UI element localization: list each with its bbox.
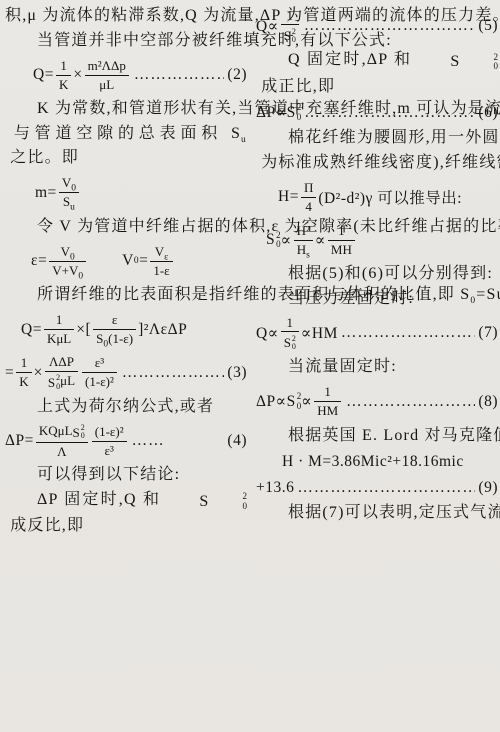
symbol-sub: 0: [81, 432, 85, 440]
subscript: u: [241, 135, 247, 145]
text-run: Π: [304, 180, 313, 195]
text-run: +13.6: [256, 479, 294, 497]
fraction-denominator: ε³: [92, 442, 127, 459]
text-run: 1: [21, 355, 28, 370]
fraction-numerator: H²: [294, 223, 313, 241]
symbol-sup-sub: S20: [73, 424, 85, 441]
text-run: 1: [324, 384, 331, 399]
text-run: (3): [227, 364, 247, 382]
text-run: ×[: [76, 321, 91, 339]
symbol-base: S: [266, 231, 275, 249]
text-run: =: [139, 252, 148, 270]
fraction-numerator: 1: [44, 312, 74, 330]
paragraph: 积,μ 为流体的粘滞系数,Q 为流量,ΔP 为管道两端的流体的压力差。: [5, 4, 247, 29]
column-left: 积,μ 为流体的粘滞系数,Q 为流量,ΔP 为管道两端的流体的压力差。当管道并非…: [5, 4, 247, 732]
text-run: ε=: [31, 252, 47, 270]
fraction-numerator: KQμLS20: [36, 423, 88, 443]
paragraph: 根据英国 E. Lord 对马克隆值物理意义的研究,认为纤维团对气流的阻力实际上…: [256, 424, 498, 449]
fraction: 1S20: [281, 315, 299, 352]
text-run: 成正比,即: [256, 78, 335, 95]
text-run: K: [19, 374, 28, 389]
text-run: 与管道空隙的总表面积 S: [5, 125, 241, 142]
dot-leader: ………………: [134, 66, 225, 84]
paragraph: ΔP 固定时,Q 和 S20 成反比,即: [5, 488, 247, 539]
text-run: 1: [338, 223, 345, 238]
text-run: 根据(7)可以表明,定压式气流仪,通过纤维塞的流量和棉纤维的: [288, 504, 500, 521]
symbol-base: S: [287, 104, 296, 122]
fraction: ΛΔPS20μL: [45, 354, 78, 391]
fraction: m²ΛΔpμL: [85, 58, 129, 92]
text-run: ]²ΛεΔP: [138, 321, 187, 339]
symbol-base: S: [73, 425, 80, 441]
fraction-denominator: S20: [281, 25, 299, 44]
text-run: V: [155, 244, 164, 259]
formula: ΔP=KQμLS20Λ(1-ε)²ε³……(4): [5, 420, 247, 462]
document-page: 积,μ 为流体的粘滞系数,Q 为流量,ΔP 为管道两端的流体的压力差。当管道并非…: [0, 0, 500, 732]
symbol-sup: 2: [211, 492, 248, 501]
fraction: εS0(1-ε): [93, 312, 136, 346]
symbol-base: S: [287, 393, 296, 411]
formula: H=Π4(D²-d²)γ 可以推导出:: [256, 176, 498, 218]
fraction-denominator: K: [56, 76, 71, 93]
fraction-numerator: ΛΔP: [45, 354, 78, 372]
symbol-sup-sub: S20: [284, 335, 296, 352]
fraction-denominator: 1-ε: [150, 262, 172, 279]
fraction-numerator: (1-ε)²: [92, 424, 127, 442]
symbol-sup: 2: [462, 53, 499, 62]
paragraph: 棉花纤维为腰圆形,用一外圆周长与棉纤维周长相等的中空圆来等效,根据成熟度比的定义…: [256, 126, 498, 175]
subscript: ε: [164, 253, 168, 263]
dot-leader: ………………………………………: [297, 479, 475, 497]
symbol-stack: 20: [292, 335, 296, 352]
text-run: ×: [34, 364, 43, 382]
text-run: m²ΛΔp: [88, 58, 126, 73]
text-run: H²: [297, 223, 310, 238]
fraction: V0V+V0: [49, 244, 86, 278]
symbol-sup-sub: S20: [287, 392, 302, 411]
text-run: K: [59, 77, 68, 92]
paragraph: 当流量固定时:: [256, 355, 498, 380]
text-run: μL: [60, 373, 75, 388]
text-run: (D²-d²)γ 可以推导出:: [318, 186, 462, 208]
formula: +13.6………………………………………(9): [256, 475, 498, 500]
symbol-sup-sub: S20: [48, 374, 60, 391]
dot-leader: ……: [132, 432, 225, 450]
fraction-numerator: 1: [281, 8, 299, 26]
text-run: (5): [478, 17, 498, 35]
text-run: μL: [99, 77, 114, 92]
symbol-sub: 0: [292, 343, 296, 351]
fraction: 1S20: [281, 8, 299, 45]
text-run: ∝: [301, 392, 312, 411]
text-run: =: [5, 364, 14, 382]
symbol-stack: 20: [81, 424, 85, 441]
text-run: 成反比,即: [5, 517, 84, 534]
symbol-base: S: [418, 50, 460, 75]
formula: =1K×ΛΔPS20μLε³(1-ε)²……………………(3): [5, 352, 247, 394]
text-run: ΔP∝: [256, 103, 287, 122]
fraction: KQμLS20Λ: [36, 423, 88, 460]
fraction-denominator: HM: [314, 402, 341, 419]
paragraph: 令 V 为管道中纤维占据的体积,ε 为空隙率(未比纤维占据的比率),则: [5, 215, 247, 240]
fraction-denominator: S20: [281, 332, 299, 351]
text-run: 当压力差固定时:: [288, 290, 414, 307]
fraction-numerator: 1: [281, 315, 299, 333]
text-run: 1: [287, 315, 294, 330]
formula: Q∝1S20∝HM………………………(7): [256, 312, 498, 354]
text-run: 根据英国 E. Lord 对马克隆值物理意义的研究,认为纤维团对气流的阻力实际上…: [288, 427, 500, 444]
fraction-denominator: Su: [59, 193, 79, 210]
text-run: (1-ε)²: [95, 424, 124, 439]
symbol-base: S: [48, 375, 55, 391]
text-run: ΛΔP: [49, 354, 74, 369]
paragraph: 根据(5)和(6)可以分别得到:: [256, 262, 498, 287]
fraction-denominator: S0(1-ε): [93, 330, 136, 347]
text-run: V: [122, 252, 134, 270]
symbol-sub: 0: [462, 62, 499, 71]
fraction-denominator: KμL: [44, 330, 74, 347]
symbol-sup-sub: S20: [266, 231, 281, 250]
fraction-numerator: 1: [16, 355, 31, 373]
text-run: Q∝: [256, 324, 279, 343]
text-run: ∝HM: [301, 324, 338, 343]
symbol-stack: 20: [211, 492, 248, 511]
fraction: (1-ε)²ε³: [92, 424, 127, 458]
text-run: 上式为荷尔纳公式,或者: [37, 398, 214, 415]
fraction: 1K: [16, 355, 31, 389]
fraction-numerator: Vε: [150, 244, 172, 262]
fraction-numerator: 1: [56, 58, 71, 76]
text-run: KμL: [47, 331, 71, 346]
formula: Q=1K×m²ΛΔpμL………………(2): [5, 54, 247, 96]
text-run: (6): [478, 104, 498, 122]
symbol-sup-sub: S20: [284, 28, 296, 45]
paragraph: K 为常数,和管道形状有关,当管道中充塞纤维时,m 可认为是流体通过的管道空隙部…: [5, 97, 247, 171]
paragraph: 可以得到以下结论:: [5, 463, 247, 488]
text-run: Q=: [21, 321, 42, 339]
text-run: MH: [331, 242, 352, 257]
text-run: V: [62, 175, 71, 190]
text-run: 1: [287, 8, 294, 23]
symbol-stack: 20: [297, 103, 302, 122]
text-run: ∝: [281, 231, 292, 250]
fraction: 1KμL: [44, 312, 74, 346]
fraction-denominator: μL: [85, 76, 129, 93]
text-run: 为标准成熟纤维线密度),纤维线密度为: [256, 154, 500, 171]
paragraph: 当管道并非中空部分被纤维填充时,有以下公式:: [5, 29, 247, 54]
text-run: H: [297, 242, 306, 257]
text-run: (1-ε)²: [85, 374, 114, 389]
subscript: 0: [78, 271, 83, 281]
text-run: 1: [60, 58, 67, 73]
text-run: 当流量固定时:: [288, 358, 397, 375]
formula: m=V0Su: [5, 172, 247, 214]
fraction-denominator: K: [16, 373, 31, 390]
text-run: (4): [227, 432, 247, 450]
dot-leader: ………………………………………: [304, 17, 476, 35]
text-run: H · M=3.86Mic²+18.16mic: [282, 453, 464, 471]
formula: H · M=3.86Mic²+18.16mic: [256, 449, 498, 474]
fraction-numerator: 1: [314, 384, 341, 402]
fraction-numerator: 1: [328, 223, 355, 241]
paragraph: 所谓纤维的比表面积是指纤维的表面积与体积的比值,即 S0=Su/V 由于管道中充…: [5, 283, 247, 308]
symbol-stack: 20: [462, 53, 499, 72]
subscript: 0: [70, 253, 75, 263]
formula: S20∝H²Hs∝1MH: [256, 219, 498, 261]
text-run: ×: [73, 66, 82, 84]
text-run: KQμL: [39, 423, 73, 438]
fraction: H²Hs: [294, 223, 313, 257]
fraction: Vε1-ε: [150, 244, 172, 278]
subscript: u: [70, 203, 75, 213]
dot-leader: ………………………: [341, 324, 476, 342]
fraction-numerator: Π: [301, 180, 316, 198]
paragraph: Q 固定时,ΔP 和 S20 成正比,即: [256, 48, 498, 99]
text-run: Λ: [57, 444, 66, 459]
text-run: (7): [478, 324, 498, 342]
paragraph: 根据(7)可以表明,定压式气流仪,通过纤维塞的流量和棉纤维的: [256, 501, 498, 526]
formula: ε=V0V+V0V0=Vε1-ε: [5, 240, 247, 282]
fraction: ε³(1-ε)²: [82, 355, 117, 389]
symbol-sup-sub: S20: [167, 490, 247, 515]
fraction-denominator: Λ: [36, 443, 88, 460]
text-run: 可以得到以下结论:: [37, 466, 180, 483]
formula: ΔP∝S20……………………………………(6): [256, 100, 498, 125]
text-run: V: [61, 244, 70, 259]
symbol-sup-sub: S20: [287, 103, 302, 122]
text-run: V+V: [52, 263, 78, 278]
dot-leader: ……………………: [122, 364, 225, 382]
symbol-sub: 0: [292, 36, 296, 44]
fraction-denominator: Hs: [294, 241, 313, 258]
symbol-sub: 0: [297, 113, 302, 122]
fraction-denominator: (1-ε)²: [82, 373, 117, 390]
text-run: 4: [305, 199, 312, 214]
fraction-denominator: V+V0: [49, 262, 86, 279]
formula: Q=1KμL×[εS0(1-ε)]²ΛεΔP: [5, 309, 247, 351]
symbol-sub: 0: [211, 502, 248, 511]
fraction-numerator: m²ΛΔp: [85, 58, 129, 76]
symbol-sup-sub: S20: [418, 50, 498, 75]
text-run: ∝: [315, 231, 326, 250]
fraction: V0Su: [59, 175, 79, 209]
text-run: (8): [478, 393, 498, 411]
fraction: 1MH: [328, 223, 355, 257]
text-run: 棉花纤维为腰圆形,用一外圆周长与棉纤维周长相等的中空圆来等效,根据成熟度比的定义…: [288, 129, 500, 146]
column-right: Q∝1S20………………………………………(5)Q 固定时,ΔP 和 S20 成…: [256, 4, 498, 732]
text-run: H=: [278, 188, 299, 206]
fraction: 1HM: [314, 384, 341, 418]
fraction: Π4: [301, 180, 316, 214]
text-run: (2): [227, 66, 247, 84]
text-run: (9): [478, 479, 498, 497]
text-run: 1: [56, 312, 63, 327]
text-run: Q 固定时,ΔP 和: [288, 51, 418, 68]
text-run: Q=: [33, 66, 54, 84]
fraction-denominator: S20μL: [45, 372, 78, 391]
text-run: 根据(5)和(6)可以分别得到:: [288, 265, 493, 282]
text-run: HM: [317, 403, 338, 418]
subscript: 0: [71, 184, 76, 194]
text-run: ε: [112, 312, 117, 327]
symbol-base: S: [284, 335, 291, 351]
fraction-numerator: V0: [59, 175, 79, 193]
text-run: Q∝: [256, 17, 279, 36]
formula: ΔP∝S20∝1HM………………………(8): [256, 381, 498, 423]
fraction-denominator: MH: [328, 241, 355, 258]
paragraph: 上式为荷尔纳公式,或者: [5, 395, 247, 420]
text-run: ΔP∝: [256, 392, 287, 411]
text-run: m=: [35, 184, 57, 202]
text-run: ε³: [105, 443, 114, 458]
formula: Q∝1S20………………………………………(5): [256, 5, 498, 47]
fraction-numerator: ε³: [82, 355, 117, 373]
paragraph: 当压力差固定时:: [256, 287, 498, 312]
dot-leader: ………………………: [346, 393, 475, 411]
subscript: s: [306, 250, 310, 260]
fraction-denominator: 4: [301, 198, 316, 215]
text-run: ΔP=: [5, 432, 34, 450]
symbol-base: S: [167, 490, 209, 515]
fraction: 1K: [56, 58, 71, 92]
fraction-numerator: V0: [49, 244, 86, 262]
symbol-base: S: [284, 28, 291, 44]
symbol-stack: 20: [292, 28, 296, 45]
text-run: (1-ε): [108, 331, 133, 346]
text-run: ΔP 固定时,Q 和: [37, 491, 167, 508]
text-run: 1-ε: [153, 263, 169, 278]
dot-leader: ……………………………………: [304, 104, 475, 122]
text-run: 之比。即: [5, 149, 79, 166]
fraction-numerator: ε: [93, 312, 136, 330]
text-run: ε³: [95, 355, 104, 370]
